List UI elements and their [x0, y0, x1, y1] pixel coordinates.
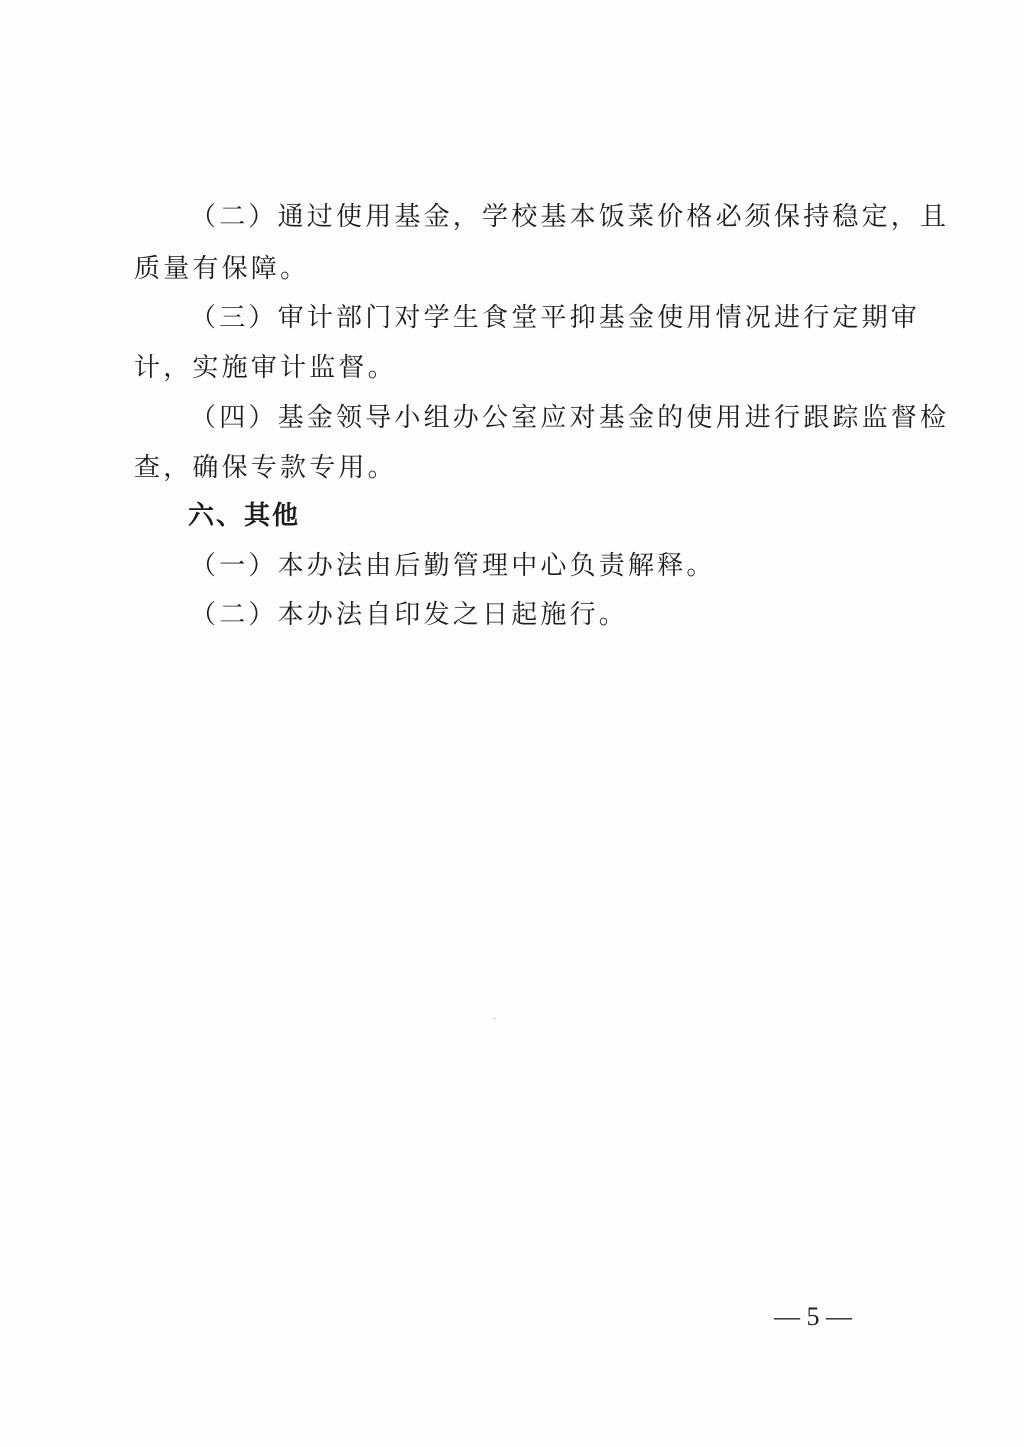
paragraph-item-2-line-1: （二）通过使用基金，学校基本饭菜价格必须保持稳定，且 — [190, 200, 949, 234]
page-number: — 5 — — [774, 1300, 852, 1334]
paragraph-item-3-line-1: （三）审计部门对学生食堂平抑基金使用情况进行定期审 — [190, 301, 920, 335]
section-heading-other: 六、其他 — [188, 499, 300, 533]
section-item-2: （二）本办法自印发之日起施行。 — [190, 598, 628, 632]
paragraph-item-2-line-2: 质量有保障。 — [134, 252, 309, 286]
section-item-1: （一）本办法由后勤管理中心负责解释。 — [190, 549, 716, 583]
paragraph-item-4-line-1: （四）基金领导小组办公室应对基金的使用进行跟踪监督检 — [190, 401, 949, 435]
paragraph-item-4-line-2: 查，确保专款专用。 — [134, 451, 397, 485]
paragraph-item-3-line-2: 计，实施审计监督。 — [134, 351, 397, 385]
scan-artifact — [493, 1018, 496, 1019]
document-page: （二）通过使用基金，学校基本饭菜价格必须保持稳定，且 质量有保障。 （三）审计部… — [0, 0, 1024, 1447]
